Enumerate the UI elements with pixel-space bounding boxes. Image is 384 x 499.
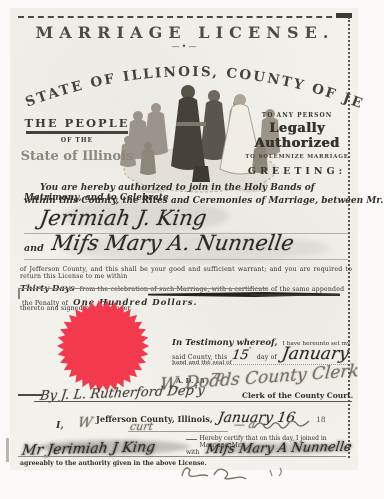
section-rule <box>34 401 352 402</box>
issuer-block: THE PEOPLE OF THE State of Illinois <box>20 116 134 164</box>
greeting-block: TO ANY PERSON Legally Authorized TO SOLE… <box>244 112 350 177</box>
year-blank-printed: 18 <box>316 415 326 424</box>
minister-figure <box>171 85 206 170</box>
and-label: and <box>24 243 44 254</box>
writing-line <box>128 431 228 432</box>
margin-mark <box>6 438 9 462</box>
clerk-title: Clerk of the County Court. <box>242 391 353 400</box>
said-county-label: said County, this <box>172 354 227 361</box>
with-label: with <box>186 449 199 456</box>
day-of-label: day of <box>257 354 277 361</box>
greeting-line4: GREETING: <box>244 166 350 177</box>
writing-line <box>24 259 348 260</box>
issuer-line3: State of Illinois <box>20 149 134 164</box>
left-dash-mark <box>18 394 42 396</box>
authorization-line2: within this County, the Rites and Ceremo… <box>24 196 383 206</box>
officiant-final-signature <box>178 462 308 482</box>
groom-name-handwriting: Jerimiah J. King <box>38 206 208 230</box>
ink-strike-tail <box>250 294 340 296</box>
place-printed: Jefferson County, Illinois, <box>96 414 213 424</box>
officiant-handwriting-1: W <box>77 415 94 431</box>
document-title: MARRIAGE LICENSE. <box>18 23 352 42</box>
month-handwriting: January <box>281 344 351 364</box>
writing-line <box>18 456 346 457</box>
blank-dash <box>186 439 197 440</box>
greeting-line1: TO ANY PERSON <box>244 112 350 119</box>
issuer-rule <box>26 131 128 134</box>
bride-name-handwriting: Mifs Mary A. Nunnelle <box>50 231 296 255</box>
greeting-line3: TO SOLEMNIZE MARRIAGE <box>244 154 350 160</box>
marriage-license-document: MARRIAGE LICENSE. —•— STATE OF ILLINOIS,… <box>0 0 384 499</box>
day-handwriting: 15 <box>231 348 250 363</box>
county-seal <box>55 298 151 394</box>
i-label: I, <box>56 420 64 431</box>
testimony-date-row: said County, this 15″ day of January <box>172 344 352 364</box>
top-border <box>18 16 352 18</box>
bride-name-certificate: Mifs Mary A Nunnelle <box>205 440 353 458</box>
rule-fragment <box>18 288 268 289</box>
rule-tick <box>18 289 20 299</box>
issuer-line1: THE PEOPLE <box>20 116 134 130</box>
issuer-line2: OF THE <box>20 137 134 144</box>
officiant-squiggle <box>252 418 312 432</box>
authorization-line2-row: within this County, the Rites and Ceremo… <box>24 196 352 206</box>
greeting-line2: Legally Authorized <box>244 121 350 151</box>
